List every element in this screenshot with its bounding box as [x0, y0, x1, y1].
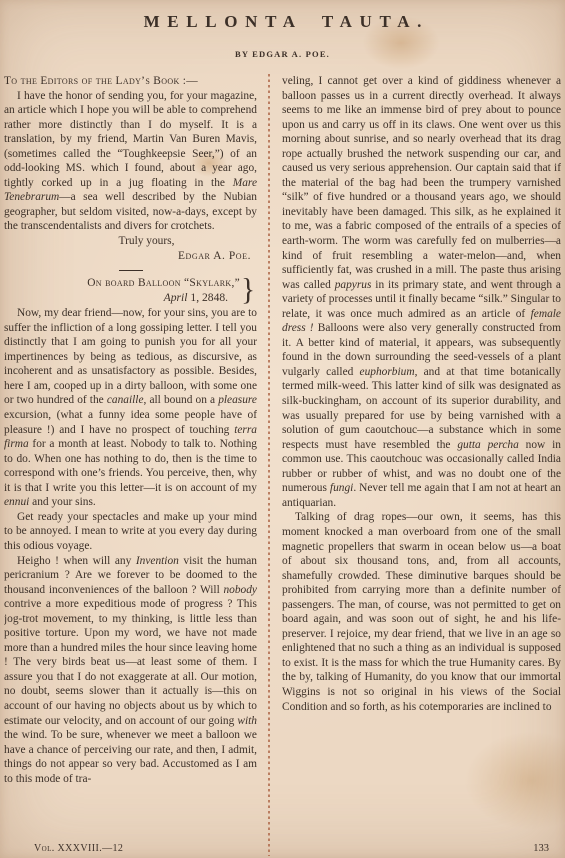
dateline-location: On board Balloon “Skylark,” — [87, 276, 240, 291]
paragraph-traveling: veling, I cannot get over a kind of gidd… — [282, 74, 561, 510]
column-divider — [268, 74, 270, 856]
volume-label: Vol. XXXVIII.—12 — [34, 843, 123, 854]
left-column: To the Editors of the Lady’s Book :— I h… — [4, 74, 257, 856]
right-column: veling, I cannot get over a kind of gidd… — [282, 74, 561, 856]
section-divider-rule — [119, 270, 143, 271]
dateline-date: April 1, 2848. — [87, 291, 240, 306]
dateline-brace: } — [241, 275, 255, 305]
dateline: On board Balloon “Skylark,” April 1, 284… — [4, 276, 257, 305]
paragraph-now: Now, my dear friend—now, for your sins, … — [4, 306, 257, 510]
paragraph-heigho: Heigho ! when will any Invention visit t… — [4, 554, 257, 787]
paragraph-dragropes: Talking of drag ropes—our own, it seems,… — [282, 510, 561, 714]
two-column-body: To the Editors of the Lady’s Book :— I h… — [0, 74, 565, 856]
page-number: 133 — [533, 843, 549, 854]
salutation: To the Editors of the Lady’s Book :— — [4, 74, 257, 89]
letter-closing: Truly yours, — [4, 234, 257, 249]
page-footer: Vol. XXXVIII.—12 133 — [0, 843, 565, 854]
scanned-page: MELLONTA TAUTA. BY EDGAR A. POE. To the … — [0, 0, 565, 858]
paragraph-spectacles: Get ready your spectacles and make up yo… — [4, 510, 257, 554]
intro-paragraph: I have the honor of sending you, for you… — [4, 89, 257, 234]
byline: BY EDGAR A. POE. — [0, 49, 565, 59]
signature: Edgar A. Poe. — [4, 249, 257, 264]
article-title: MELLONTA TAUTA. — [0, 12, 565, 32]
